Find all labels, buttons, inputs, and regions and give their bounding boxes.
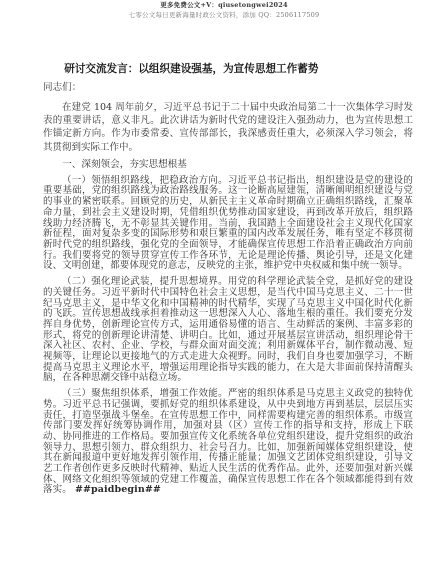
- paragraph-2: （二）强化理论武装，提升思想境界。用党的科学理论武装全党，是抓好党的建设的关键任…: [43, 277, 413, 384]
- watermark-line-2: 七零公文每日更新海量时政公文资料，添加 QQ：2506117509: [0, 11, 448, 19]
- intro-paragraph: 在建党 104 周年前夕，习近平总书记于二十届中央政治局第二十一次集体学习时发表…: [43, 101, 413, 154]
- salutation: 同志们：: [43, 82, 413, 94]
- paragraph-3: （三）聚焦组织体系，增强工作效能。严密的组织体系是马克思主义政党的独特优势。习近…: [43, 389, 413, 496]
- paid-begin-marker: ##paidbegin##: [75, 484, 161, 495]
- document-page: 更多免费公文+V：qiusetongwei2024 七零公文每日更新海量时政公文…: [0, 0, 448, 580]
- paragraph-3-text: （三）聚焦组织体系，增强工作效能。严密的组织体系是马克思主义政党的独特优势。习近…: [43, 388, 413, 495]
- paragraph-1: （一）领悟组织路线，把稳政治方向。习近平总书记指出，组织建设是党的建设的重要基础…: [43, 176, 413, 272]
- section-1-heading: 一、深刻领会，夯实思想根基: [43, 158, 413, 171]
- watermark-header: 更多免费公文+V：qiusetongwei2024 七零公文每日更新海量时政公文…: [0, 0, 448, 19]
- watermark-line-1: 更多免费公文+V：qiusetongwei2024: [0, 1, 448, 9]
- document-title: 研讨交流发言：以组织建设强基，为宣传思想工作蓄势: [43, 63, 413, 76]
- document-body: 研讨交流发言：以组织建设强基，为宣传思想工作蓄势 同志们： 在建党 104 周年…: [0, 63, 448, 496]
